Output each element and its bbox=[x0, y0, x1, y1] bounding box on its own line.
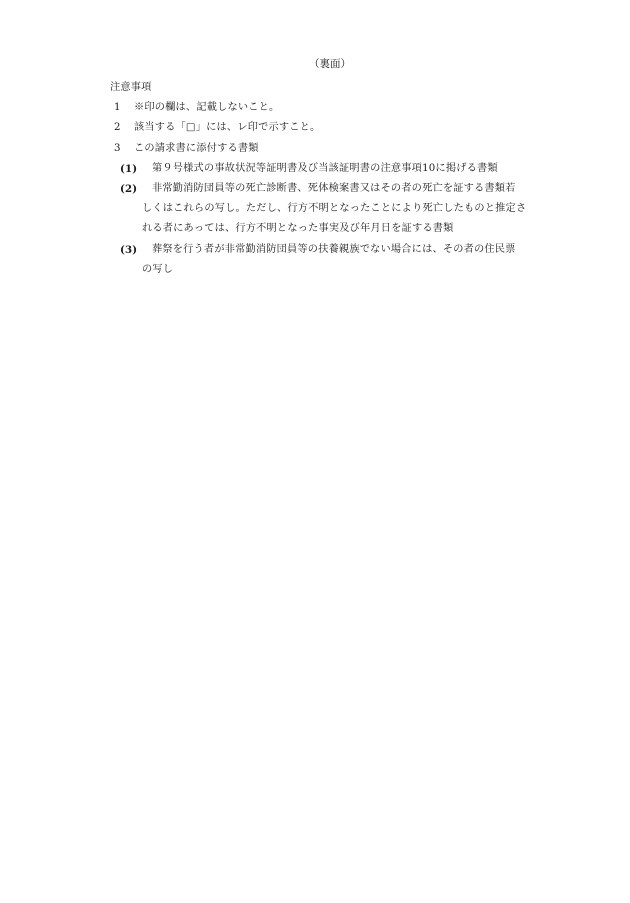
sub-item-text: 第９号様式の事故状況等証明書及び当該証明書の注意事項10に掲げる書類 bbox=[152, 159, 498, 179]
page-side-label: （裏面） bbox=[0, 57, 630, 71]
sub-item-text: 葬祭を行う者が非常勤消防団員等の扶養親族でない場合には、その者の住民票 bbox=[152, 240, 516, 260]
sub-item-1: (1) 第９号様式の事故状況等証明書及び当該証明書の注意事項10に掲げる書類 bbox=[110, 159, 560, 179]
note-item-2: 2 該当する「□」には、レ印で示すこと。 bbox=[110, 118, 560, 138]
note-item-3: 3 この請求書に添付する書類 bbox=[110, 139, 560, 159]
note-item-1: 1 ※印の欄は、記載しないこと。 bbox=[110, 98, 560, 118]
sub-item-2: (2) 非常勤消防団員等の死亡診断書、死体検案書又はその者の死亡を証する書類若 bbox=[110, 179, 560, 199]
sub-item-2-continuation: れる者にあっては、行方不明となった事実及び年月日を証する書類 bbox=[110, 219, 560, 239]
note-number: 2 bbox=[110, 118, 134, 138]
sub-item-3-continuation: の写し bbox=[110, 260, 560, 280]
document-page: （裏面） 注意事項 1 ※印の欄は、記載しないこと。 2 該当する「□」には、レ… bbox=[0, 0, 630, 903]
notes-section: 注意事項 1 ※印の欄は、記載しないこと。 2 該当する「□」には、レ印で示すこ… bbox=[110, 78, 560, 280]
sub-item-2-continuation: しくはこれらの写し。ただし、行方不明となったことにより死亡したものと推定さ bbox=[110, 199, 560, 219]
sub-item-number: (2) bbox=[110, 179, 152, 199]
sub-item-text: 非常勤消防団員等の死亡診断書、死体検案書又はその者の死亡を証する書類若 bbox=[152, 179, 516, 199]
note-text: ※印の欄は、記載しないこと。 bbox=[134, 98, 279, 118]
note-text: 該当する「□」には、レ印で示すこと。 bbox=[134, 118, 320, 138]
notes-heading: 注意事項 bbox=[110, 78, 560, 98]
sub-item-number: (3) bbox=[110, 240, 152, 260]
sub-item-3: (3) 葬祭を行う者が非常勤消防団員等の扶養親族でない場合には、その者の住民票 bbox=[110, 240, 560, 260]
note-text: この請求書に添付する書類 bbox=[134, 139, 259, 159]
note-number: 1 bbox=[110, 98, 134, 118]
sub-item-number: (1) bbox=[110, 159, 152, 179]
note-number: 3 bbox=[110, 139, 134, 159]
